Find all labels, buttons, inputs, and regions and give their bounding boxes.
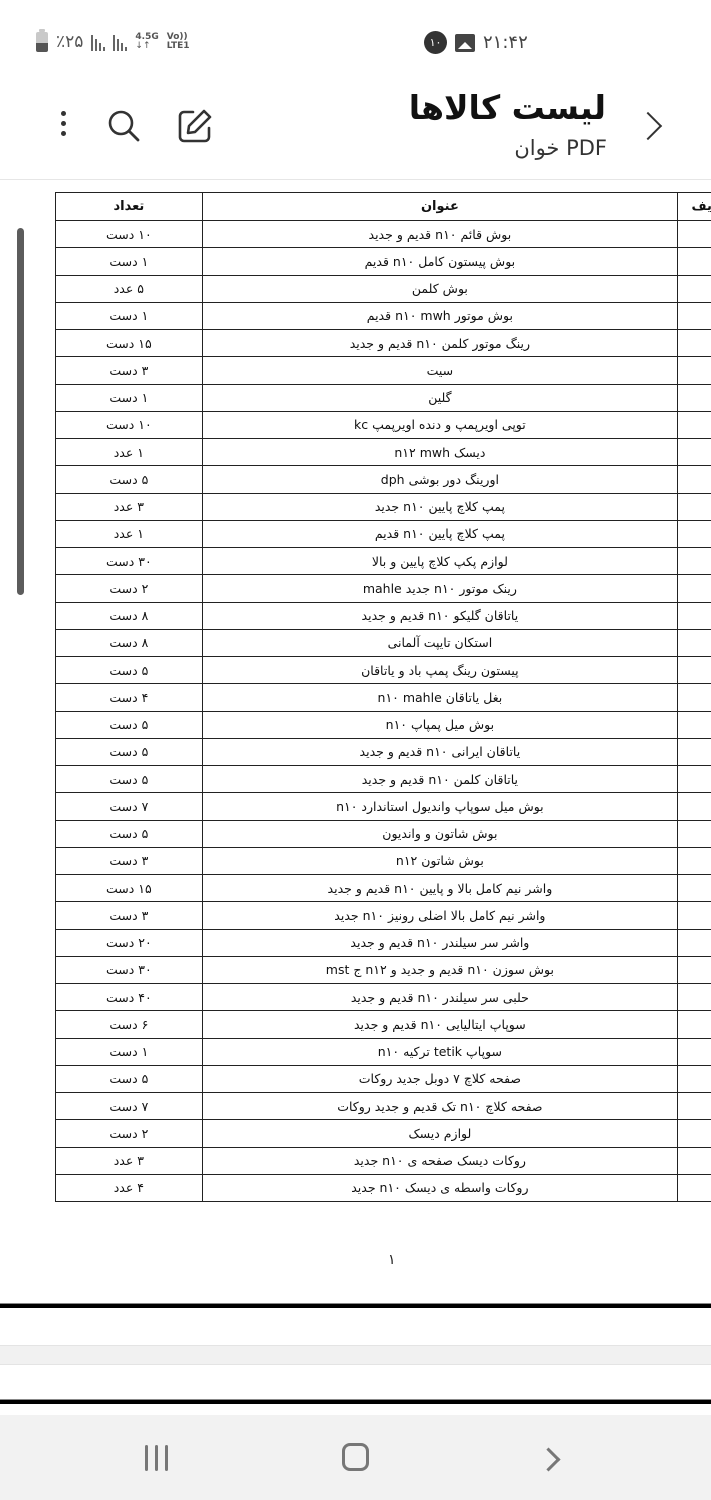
table-row: ۳۶روکات واسطه ی دیسک n۱۰ جدید۴ عدد [56, 1174, 711, 1201]
row-number-cell: ۳۲ [678, 1065, 711, 1092]
table-row: ۳۰سوپاپ ایتالیایی n۱۰ قدیم و جدید۶ دست [56, 1011, 711, 1038]
row-number-cell: ۲۸ [678, 956, 711, 983]
title-cell: واشر نیم کامل بالا اضلی رونیز n۱۰ جدید [202, 902, 677, 929]
row-number-cell: ۲۹ [678, 984, 711, 1011]
quantity-cell: ۱ دست [56, 1038, 203, 1065]
quantity-cell: ۵ دست [56, 711, 203, 738]
row-number-cell: ۲۲ [678, 793, 711, 820]
page-gap [0, 1345, 711, 1365]
title-cell: بوش میل پمپاپ n۱۰ [202, 711, 677, 738]
title-cell: توپی اویرپمپ و دنده اویرپمپ kc [202, 411, 677, 438]
row-number-cell: ۱ [678, 221, 711, 248]
table-row: ۱۴رینک موتور n۱۰ جدید mahle۲ دست [56, 575, 711, 602]
title-cell: لوازم پکپ کلاچ پایین و بالا [202, 548, 677, 575]
data-arrows-icon: ↓↑ [135, 41, 150, 51]
row-number-cell: ۱۸ [678, 684, 711, 711]
quantity-cell: ۶ دست [56, 1011, 203, 1038]
gallery-icon [455, 34, 475, 52]
title-cell: روکات واسطه ی دیسک n۱۰ جدید [202, 1174, 677, 1201]
quantity-cell: ۱۵ دست [56, 875, 203, 902]
table-row: ۳بوش کلمن۵ عدد [56, 275, 711, 302]
table-row: ۱۹بوش میل پمپاپ n۱۰۵ دست [56, 711, 711, 738]
quantity-cell: ۱۰ دست [56, 221, 203, 248]
title-cell: بوش پیستون کامل n۱۰ قدیم [202, 248, 677, 275]
battery-icon [36, 32, 48, 52]
row-number-cell: ۵ [678, 330, 711, 357]
table-row: ۱۰اورینگ دور بوشی dph۵ دست [56, 466, 711, 493]
header-title: عنوان [202, 193, 677, 221]
dot-icon [61, 121, 66, 126]
status-bar: ٪۲۵ 4.5G ↓↑ Vo)) LTE1 ۱۰ ۲۱:۴۲ [0, 0, 711, 80]
quantity-cell: ۳ عدد [56, 493, 203, 520]
table-row: ۵رینگ موتور کلمن n۱۰ قدیم و جدید۱۵ دست [56, 330, 711, 357]
table-row: ۳۱سوپاپ tetik ترکیه n۱۰۱ دست [56, 1038, 711, 1065]
quantity-cell: ۱ دست [56, 384, 203, 411]
row-number-cell: ۲۷ [678, 929, 711, 956]
quantity-cell: ۵ دست [56, 766, 203, 793]
title-cell: واشر سر سیلندر n۱۰ قدیم و جدید [202, 929, 677, 956]
title-cell: بوش میل سوپاپ واندیول استاندارد n۱۰ [202, 793, 677, 820]
row-number-cell: ۱۱ [678, 493, 711, 520]
quantity-cell: ۱۵ دست [56, 330, 203, 357]
quantity-cell: ۱۰ دست [56, 411, 203, 438]
table-row: ۱۵یاتاقان گلیکو n۱۰ قدیم و جدید۸ دست [56, 602, 711, 629]
quantity-cell: ۸ دست [56, 629, 203, 656]
row-number-cell: ۱۶ [678, 629, 711, 656]
table-row: ۳۴لوازم دیسک۲ دست [56, 1120, 711, 1147]
quantity-cell: ۲ دست [56, 575, 203, 602]
search-button[interactable] [106, 108, 142, 144]
signal-icon-1 [91, 33, 105, 51]
table-row: ۳۵روکات دیسک صفحه ی n۱۰ جدید۳ عدد [56, 1147, 711, 1174]
row-number-cell: ۲۴ [678, 847, 711, 874]
table-row: ۳۲صفحه کلاچ ۷ دوبل جدید روکات۵ دست [56, 1065, 711, 1092]
edit-icon [176, 107, 214, 145]
system-nav-bar [0, 1415, 711, 1500]
table-header-row: ردیف عنوان تعداد [56, 193, 711, 221]
title-cell: بوش موتور n۱۰ mwh قدیم [202, 302, 677, 329]
title-cell: سوپاپ tetik ترکیه n۱۰ [202, 1038, 677, 1065]
title-cell: حلبی سر سیلندر n۱۰ قدیم و جدید [202, 984, 677, 1011]
title-cell: اورینگ دور بوشی dph [202, 466, 677, 493]
page-separator-bottom [0, 1399, 711, 1404]
title-cell: رینگ موتور کلمن n۱۰ قدیم و جدید [202, 330, 677, 357]
recent-apps-icon-bar [165, 1445, 168, 1471]
table-row: ۲۰یاتاقان ایرانی n۱۰ قدیم و جدید۵ دست [56, 738, 711, 765]
row-number-cell: ۱۴ [678, 575, 711, 602]
row-number-cell: ۳ [678, 275, 711, 302]
search-icon [106, 108, 142, 144]
title-cell: پمپ کلاچ پایین n۱۰ قدیم [202, 520, 677, 547]
header-quantity: تعداد [56, 193, 203, 221]
table-row: ۸توپی اویرپمپ و دنده اویرپمپ kc۱۰ دست [56, 411, 711, 438]
row-number-cell: ۲۳ [678, 820, 711, 847]
title-cell: صفحه کلاچ ۷ دوبل جدید روکات [202, 1065, 677, 1092]
quantity-cell: ۲ دست [56, 1120, 203, 1147]
quantity-cell: ۳ دست [56, 847, 203, 874]
header-row-number: ردیف [678, 193, 711, 221]
page-subtitle: PDF خوان [514, 136, 607, 160]
title-cell: بوش قائم n۱۰ قدیم و جدید [202, 221, 677, 248]
row-number-cell: ۴ [678, 302, 711, 329]
quantity-cell: ۲۰ دست [56, 929, 203, 956]
table-row: ۲۹حلبی سر سیلندر n۱۰ قدیم و جدید۴۰ دست [56, 984, 711, 1011]
row-number-cell: ۷ [678, 384, 711, 411]
table-row: ۹دیسک n۱۲ mwh۱ عدد [56, 439, 711, 466]
page-number: ۱ [388, 1252, 396, 1268]
quantity-cell: ۵ دست [56, 820, 203, 847]
page-separator-top [0, 1303, 711, 1308]
row-number-cell: ۳۱ [678, 1038, 711, 1065]
quantity-cell: ۳ دست [56, 902, 203, 929]
notification-count-badge: ۱۰ [424, 31, 447, 54]
vertical-scrollbar[interactable] [17, 228, 24, 595]
table-row: ۶سیت۳ دست [56, 357, 711, 384]
battery-percent: ٪۲۵ [56, 32, 83, 52]
quantity-cell: ۴ دست [56, 684, 203, 711]
table-row: ۲۵واشر نیم کامل بالا و پایین n۱۰ قدیم و … [56, 875, 711, 902]
table-row: ۷گلین۱ دست [56, 384, 711, 411]
quantity-cell: ۴ عدد [56, 1174, 203, 1201]
table-row: ۲۶واشر نیم کامل بالا اضلی رونیز n۱۰ جدید… [56, 902, 711, 929]
network-indicator: 4.5G ↓↑ [135, 33, 158, 51]
quantity-cell: ۵ دست [56, 466, 203, 493]
title-cell: پیستون رینگ پمپ باد و یاتاقان [202, 657, 677, 684]
table-row: ۲۸بوش سوزن n۱۰ قدیم و جدید و n۱۲ ج mst۳۰… [56, 956, 711, 983]
quantity-cell: ۳۰ دست [56, 956, 203, 983]
table-row: ۲۳بوش شاتون و واندیون۵ دست [56, 820, 711, 847]
table-row: ۲بوش پیستون کامل n۱۰ قدیم۱ دست [56, 248, 711, 275]
more-options-button[interactable] [52, 106, 74, 146]
title-cell: بوش سوزن n۱۰ قدیم و جدید و n۱۲ ج mst [202, 956, 677, 983]
title-cell: لوازم دیسک [202, 1120, 677, 1147]
title-cell: یاتاقان ایرانی n۱۰ قدیم و جدید [202, 738, 677, 765]
title-cell: واشر نیم کامل بالا و پایین n۱۰ قدیم و جد… [202, 875, 677, 902]
table-row: ۱۷پیستون رینگ پمپ باد و یاتاقان۵ دست [56, 657, 711, 684]
table-row: ۱۸بغل یاتاقان n۱۰ mahle۴ دست [56, 684, 711, 711]
table-row: ۳۳صفحه کلاچ n۱۰ تک قدیم و جدید روکات۷ دس… [56, 1093, 711, 1120]
table-row: ۱۱پمپ کلاچ پایین n۱۰ جدید۳ عدد [56, 493, 711, 520]
lte-label: LTE1 [167, 42, 190, 51]
quantity-cell: ۳۰ دست [56, 548, 203, 575]
row-number-cell: ۹ [678, 439, 711, 466]
title-cell: پمپ کلاچ پایین n۱۰ جدید [202, 493, 677, 520]
table-row: ۲۷واشر سر سیلندر n۱۰ قدیم و جدید۲۰ دست [56, 929, 711, 956]
edit-button[interactable] [176, 107, 214, 145]
title-cell: دیسک n۱۲ mwh [202, 439, 677, 466]
signal-icon-2 [113, 33, 127, 51]
quantity-cell: ۷ دست [56, 1093, 203, 1120]
quantity-cell: ۱ عدد [56, 439, 203, 466]
quantity-cell: ۵ عدد [56, 275, 203, 302]
nav-back-button[interactable] [540, 1445, 566, 1473]
app-bar: لیست کالاها PDF خوان [0, 80, 711, 180]
row-number-cell: ۳۳ [678, 1093, 711, 1120]
title-cell: یاتاقان گلیکو n۱۰ قدیم و جدید [202, 602, 677, 629]
items-table: ردیف عنوان تعداد ۱بوش قائم n۱۰ قدیم و جد… [55, 192, 711, 1202]
table-row: ۱بوش قائم n۱۰ قدیم و جدید۱۰ دست [56, 221, 711, 248]
home-button[interactable] [342, 1443, 369, 1471]
recent-apps-button[interactable] [143, 1445, 169, 1471]
quantity-cell: ۳ دست [56, 357, 203, 384]
title-cell: رینک موتور n۱۰ جدید mahle [202, 575, 677, 602]
back-button[interactable] [630, 102, 670, 150]
row-number-cell: ۳۰ [678, 1011, 711, 1038]
title-cell: یاتاقان کلمن n۱۰ قدیم و جدید [202, 766, 677, 793]
title-cell: بوش شاتون و واندیون [202, 820, 677, 847]
dot-icon [61, 131, 66, 136]
title-cell: بغل یاتاقان n۱۰ mahle [202, 684, 677, 711]
title-cell: سوپاپ ایتالیایی n۱۰ قدیم و جدید [202, 1011, 677, 1038]
row-number-cell: ۱۵ [678, 602, 711, 629]
title-cell: بوش کلمن [202, 275, 677, 302]
title-cell: سیت [202, 357, 677, 384]
quantity-cell: ۵ دست [56, 738, 203, 765]
table-row: ۲۱یاتاقان کلمن n۱۰ قدیم و جدید۵ دست [56, 766, 711, 793]
status-right: ۱۰ ۲۱:۴۲ [424, 31, 528, 54]
row-number-cell: ۳۴ [678, 1120, 711, 1147]
dot-icon [61, 111, 66, 116]
quantity-cell: ۱ دست [56, 248, 203, 275]
title-cell: گلین [202, 384, 677, 411]
row-number-cell: ۱۳ [678, 548, 711, 575]
title-cell: روکات دیسک صفحه ی n۱۰ جدید [202, 1147, 677, 1174]
quantity-cell: ۵ دست [56, 657, 203, 684]
quantity-cell: ۵ دست [56, 1065, 203, 1092]
table-row: ۴بوش موتور n۱۰ mwh قدیم۱ دست [56, 302, 711, 329]
quantity-cell: ۳ عدد [56, 1147, 203, 1174]
row-number-cell: ۱۷ [678, 657, 711, 684]
row-number-cell: ۱۹ [678, 711, 711, 738]
quantity-cell: ۱ دست [56, 302, 203, 329]
row-number-cell: ۱۰ [678, 466, 711, 493]
row-number-cell: ۲ [678, 248, 711, 275]
row-number-cell: ۸ [678, 411, 711, 438]
row-number-cell: ۱۲ [678, 520, 711, 547]
title-cell: صفحه کلاچ n۱۰ تک قدیم و جدید روکات [202, 1093, 677, 1120]
row-number-cell: ۲۰ [678, 738, 711, 765]
row-number-cell: ۶ [678, 357, 711, 384]
table-row: ۲۴بوش شاتون n۱۲۳ دست [56, 847, 711, 874]
table-row: ۱۲پمپ کلاچ پایین n۱۰ قدیم۱ عدد [56, 520, 711, 547]
page-title: لیست کالاها [409, 88, 606, 127]
recent-apps-icon [145, 1445, 148, 1471]
table-row: ۱۳لوازم پکپ کلاچ پایین و بالا۳۰ دست [56, 548, 711, 575]
quantity-cell: ۸ دست [56, 602, 203, 629]
title-cell: استکان تایپت آلمانی [202, 629, 677, 656]
volte-indicator: Vo)) LTE1 [167, 33, 190, 51]
row-number-cell: ۲۶ [678, 902, 711, 929]
table-row: ۲۲بوش میل سوپاپ واندیول استاندارد n۱۰۷ د… [56, 793, 711, 820]
quantity-cell: ۱ عدد [56, 520, 203, 547]
table-row: ۱۶استکان تایپت آلمانی۸ دست [56, 629, 711, 656]
quantity-cell: ۴۰ دست [56, 984, 203, 1011]
row-number-cell: ۲۱ [678, 766, 711, 793]
row-number-cell: ۲۵ [678, 875, 711, 902]
row-number-cell: ۳۵ [678, 1147, 711, 1174]
table-body: ۱بوش قائم n۱۰ قدیم و جدید۱۰ دست۲بوش پیست… [56, 221, 711, 1202]
quantity-cell: ۷ دست [56, 793, 203, 820]
title-cell: بوش شاتون n۱۲ [202, 847, 677, 874]
recent-apps-icon-bar [155, 1445, 158, 1471]
clock: ۲۱:۴۲ [483, 32, 528, 53]
status-left: ٪۲۵ 4.5G ↓↑ Vo)) LTE1 [36, 32, 190, 52]
row-number-cell: ۳۶ [678, 1174, 711, 1201]
